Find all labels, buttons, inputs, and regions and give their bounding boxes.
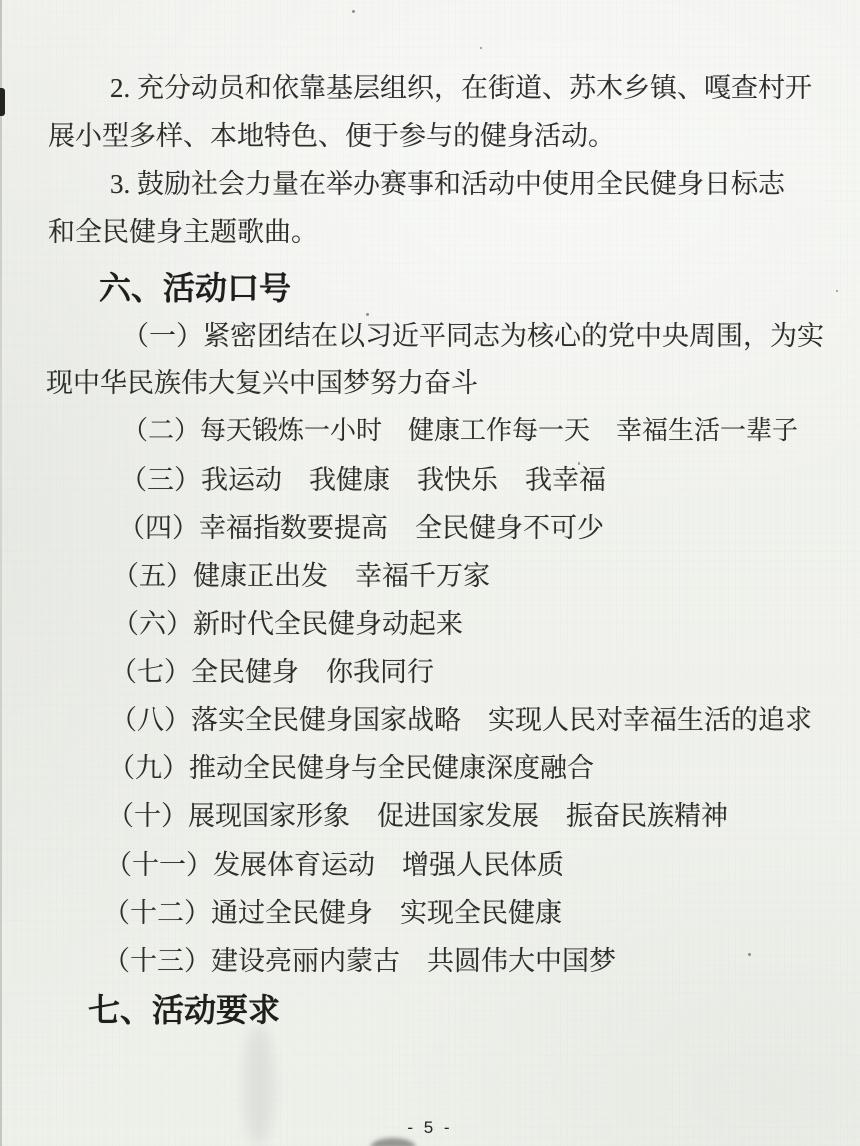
slogan-line: （十二）通过全民健身 实现全民健康 (103, 893, 562, 933)
slogan-line: （一）紧密团结在以习近平同志为核心的党中央周围，为实 (122, 316, 824, 356)
scan-speck (748, 953, 751, 956)
scan-smudge (244, 1025, 274, 1145)
scan-edge-mark (0, 88, 5, 116)
scan-speck (352, 10, 355, 13)
scanned-document-page: { "document": { "paper_color": "#f1f2ee"… (0, 0, 860, 1146)
slogan-line: （六）新时代全民健身动起来 (112, 604, 463, 644)
scan-edge-artifact (0, 0, 2, 1146)
slogan-line: （二）每天锻炼一小时 健康工作每一天 幸福生活一辈子 (122, 411, 798, 451)
slogan-line: （十一）发展体育运动 增强人民体质 (105, 845, 564, 885)
slogan-line: （三）我运动 我健康 我快乐 我幸福 (120, 460, 606, 500)
paragraph-line: 2. 充分动员和依靠基层组织，在街道、苏木乡镇、嘎查村开 (110, 68, 812, 108)
slogan-line: （四）幸福指数要提高 全民健身不可少 (118, 508, 604, 548)
slogan-line: 现中华民族伟大复兴中国梦努力奋斗 (46, 363, 478, 403)
slogan-line: （七）全民健身 你我同行 (110, 652, 434, 692)
section-heading-activity-requirements: 七、活动要求 (88, 990, 280, 1030)
page-body: 2. 充分动员和依靠基层组织，在街道、苏木乡镇、嘎查村开 展小型多样、本地特色、… (0, 0, 860, 1146)
page-number: - 5 - (0, 1118, 860, 1138)
scan-smudge-bottom (370, 1138, 416, 1146)
paragraph-line: 和全民健身主题歌曲。 (48, 212, 318, 252)
section-heading-activity-slogans: 六、活动口号 (99, 268, 291, 308)
scan-speck (836, 290, 838, 292)
slogan-line: （九）推动全民健身与全民健康深度融合 (108, 748, 594, 788)
scan-speck (578, 462, 580, 465)
slogan-line: （十）展现国家形象 促进国家发展 振奋民族精神 (107, 796, 728, 836)
paragraph-line: 3. 鼓励社会力量在举办赛事和活动中使用全民健身日标志 (110, 164, 785, 204)
scan-speck (366, 313, 369, 316)
scan-speck (480, 47, 482, 49)
paragraph-line: 展小型多样、本地特色、便于参与的健身活动。 (48, 116, 615, 156)
slogan-line: （五）健康正出发 幸福千万家 (112, 556, 490, 596)
slogan-line: （十三）建设亮丽内蒙古 共圆伟大中国梦 (103, 941, 616, 981)
slogan-line: （八）落实全民健身国家战略 实现人民对幸福生活的追求 (110, 700, 812, 740)
